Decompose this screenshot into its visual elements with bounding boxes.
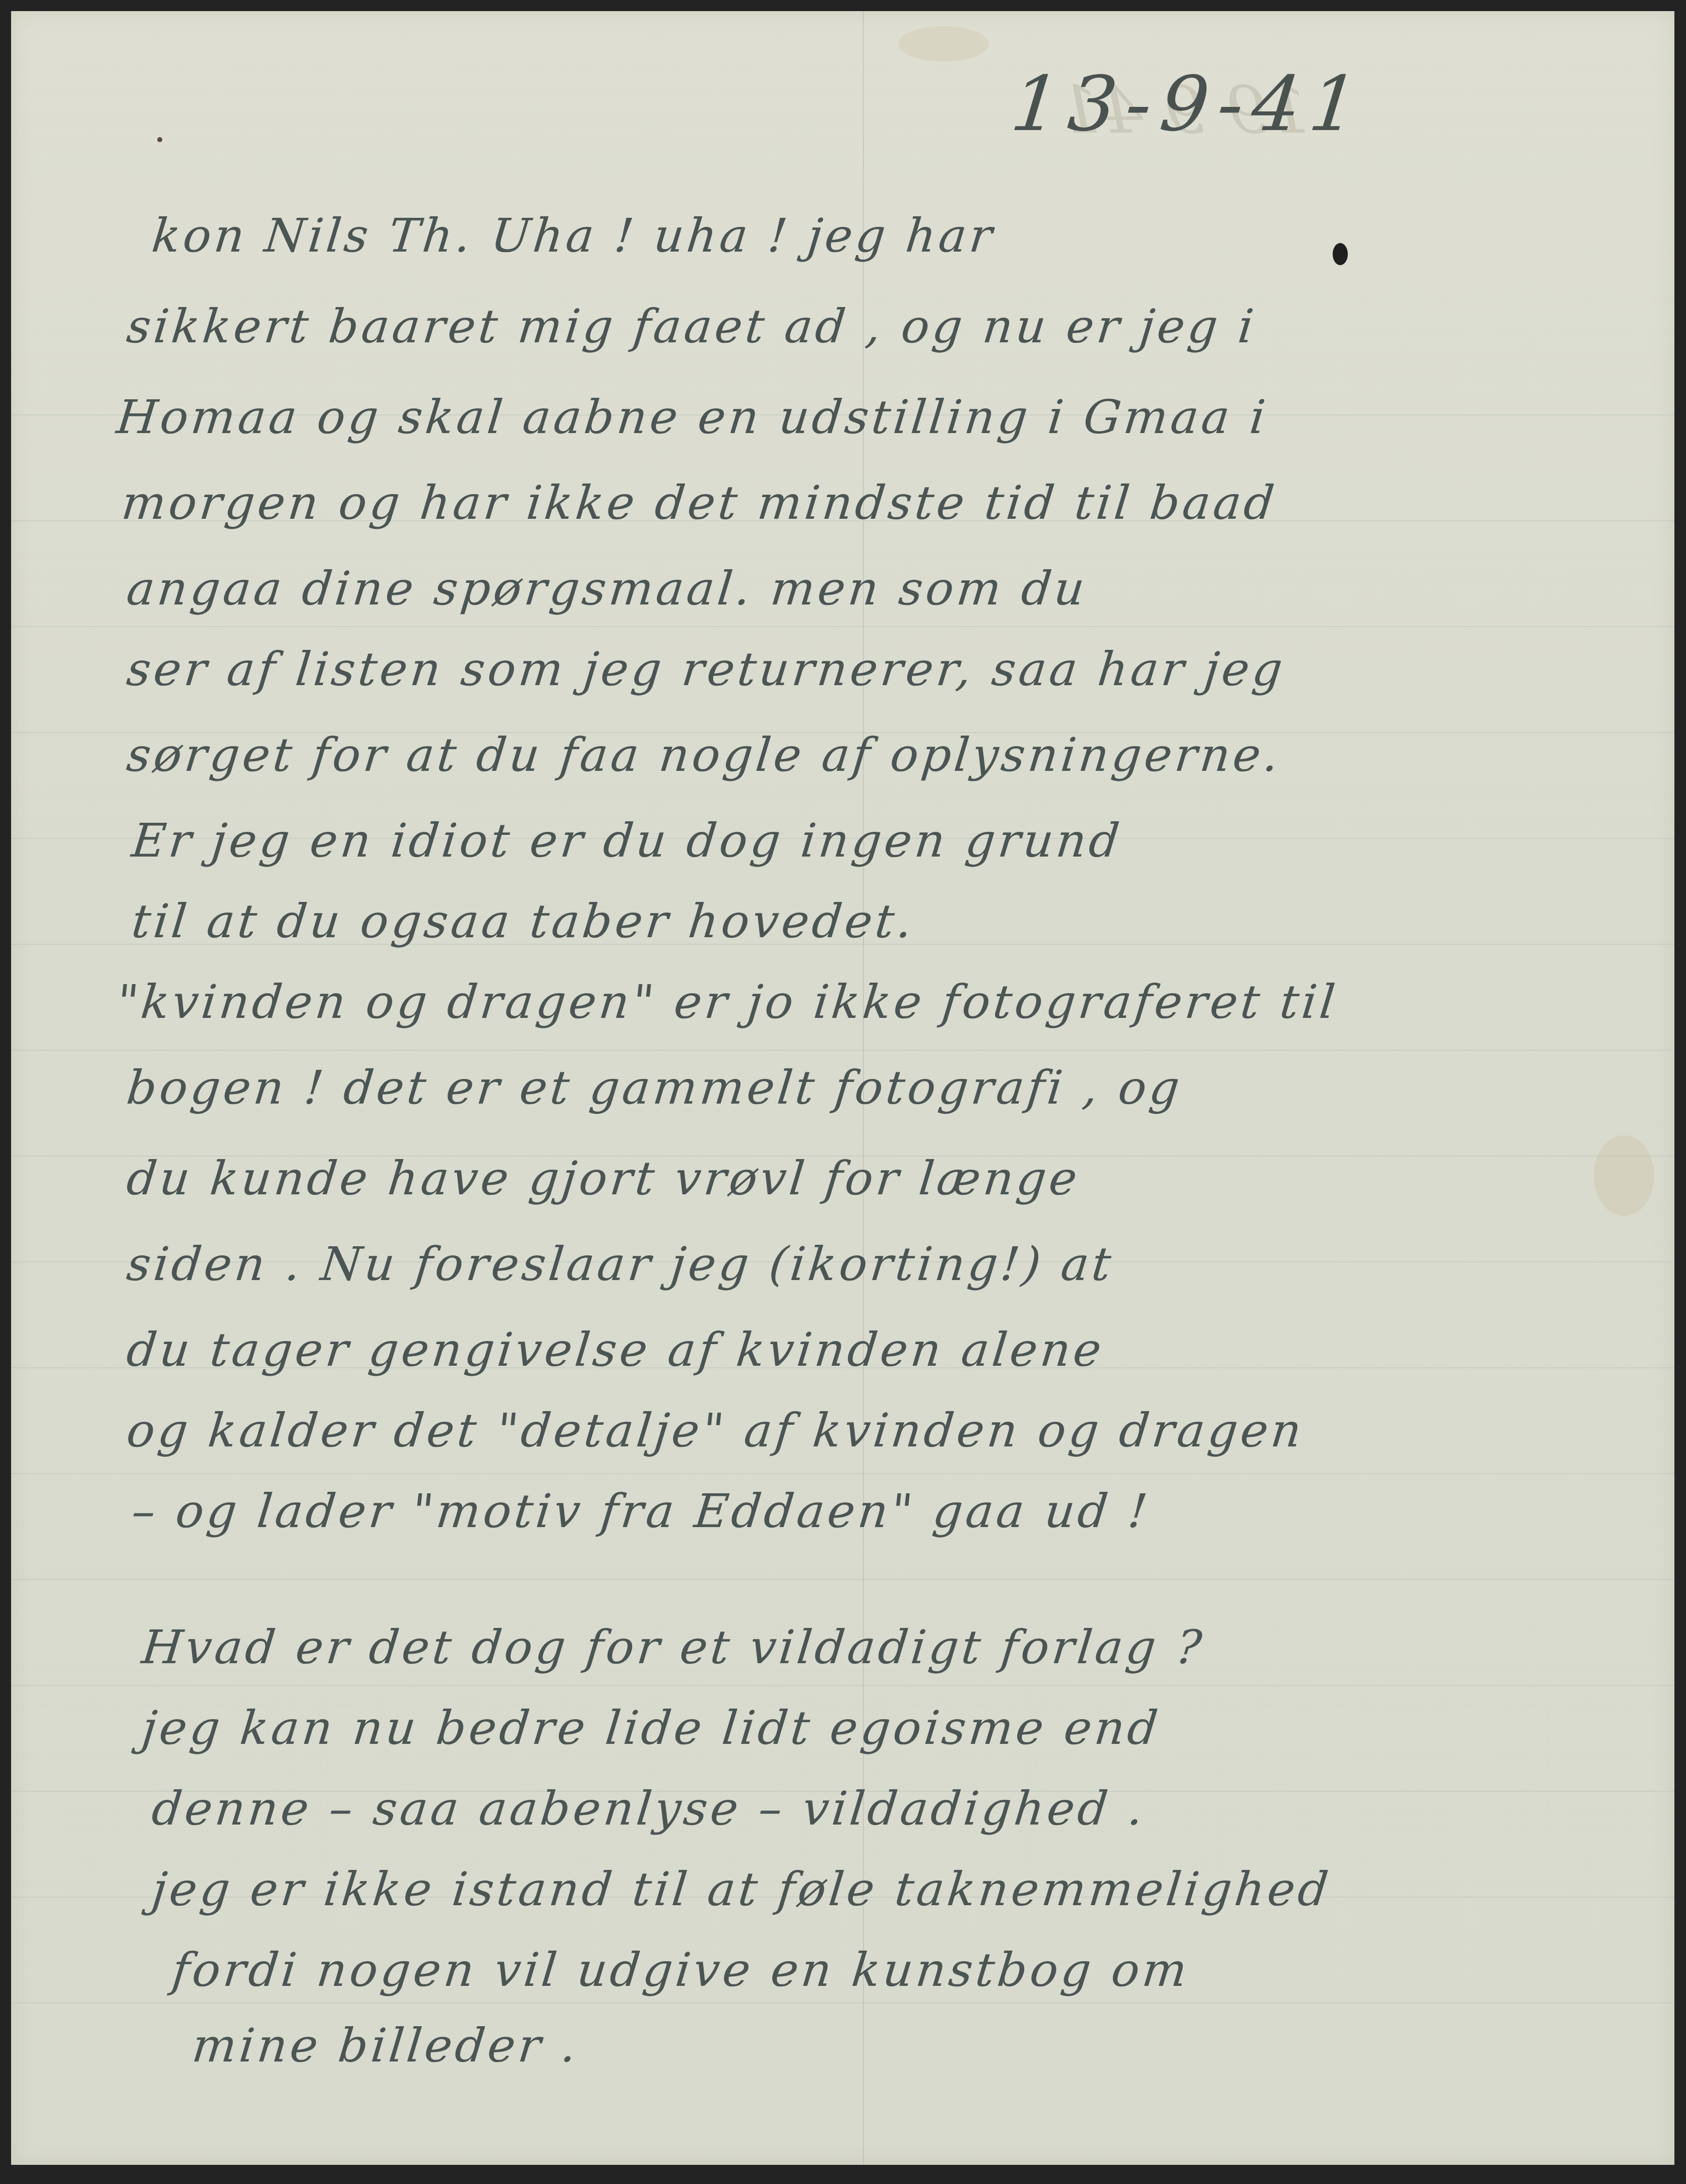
letter-line-5: angaa dine spørgsmaal. men som du xyxy=(124,566,1090,612)
ruled-line xyxy=(11,626,1674,627)
letter-page: 19 9 41 13-9-41 kon Nils Th. Uha ! uha !… xyxy=(11,11,1674,2165)
letter-date: 13-9-41 xyxy=(1008,67,1370,142)
scan-background: 19 9 41 13-9-41 kon Nils Th. Uha ! uha !… xyxy=(0,0,1686,2184)
letter-line-8: Er jeg en idiot er du dog ingen grund xyxy=(130,818,1125,864)
ink-blot xyxy=(1333,243,1348,265)
letter-line-21: fordi nogen vil udgive en kunstbog om xyxy=(170,1947,1192,1993)
letter-line-19: denne – saa aabenlyse – vildadighed . xyxy=(150,1786,1148,1832)
letter-line-7: sørget for at du faa nogle af oplysninge… xyxy=(124,732,1284,778)
letter-line-1: kon Nils Th. Uha ! uha ! jeg har xyxy=(150,213,997,259)
letter-line-15: og kalder det "detalje" af kvinden og dr… xyxy=(124,1408,1306,1454)
paper-stain xyxy=(1594,1135,1654,1216)
letter-line-14: du tager gengivelse af kvinden alene xyxy=(124,1327,1106,1373)
letter-line-9: til at du ogsaa taber hovedet. xyxy=(130,898,917,945)
letter-line-13: siden . Nu foreslaar jeg (ikorting!) at xyxy=(124,1241,1116,1288)
letter-line-4: morgen og har ikke det mindste tid til b… xyxy=(119,480,1279,526)
ruled-line xyxy=(11,1473,1674,1474)
paper-stain xyxy=(898,26,989,62)
ruled-line xyxy=(11,1579,1674,1580)
letter-line-3: Homaa og skal aabne en udstilling i Gmaa… xyxy=(114,394,1270,441)
letter-line-16: – og lader "motiv fra Eddaen" gaa ud ! xyxy=(130,1488,1152,1535)
letter-line-17: Hvad er det dog for et vildadigt forlag … xyxy=(140,1624,1207,1671)
letter-line-10: "kvinden og dragen" er jo ikke fotografe… xyxy=(114,979,1340,1025)
ruled-line xyxy=(11,1685,1674,1686)
letter-line-20: jeg er ikke istand til at føle taknemmel… xyxy=(150,1866,1333,1913)
letter-line-22: mine billeder . xyxy=(190,2023,582,2069)
ink-speck xyxy=(157,137,162,142)
ruled-line xyxy=(11,1050,1674,1051)
letter-line-2: sikkert baaret mig faaet ad , og nu er j… xyxy=(124,304,1259,350)
letter-line-12: du kunde have gjort vrøvl for længe xyxy=(124,1156,1082,1202)
letter-line-11: bogen ! det er et gammelt fotografi , og xyxy=(124,1065,1184,1111)
letter-line-18: jeg kan nu bedre lide lidt egoisme end xyxy=(140,1705,1163,1751)
ruled-line xyxy=(11,2003,1674,2004)
letter-line-6: ser af listen som jeg returnerer, saa ha… xyxy=(124,646,1287,693)
